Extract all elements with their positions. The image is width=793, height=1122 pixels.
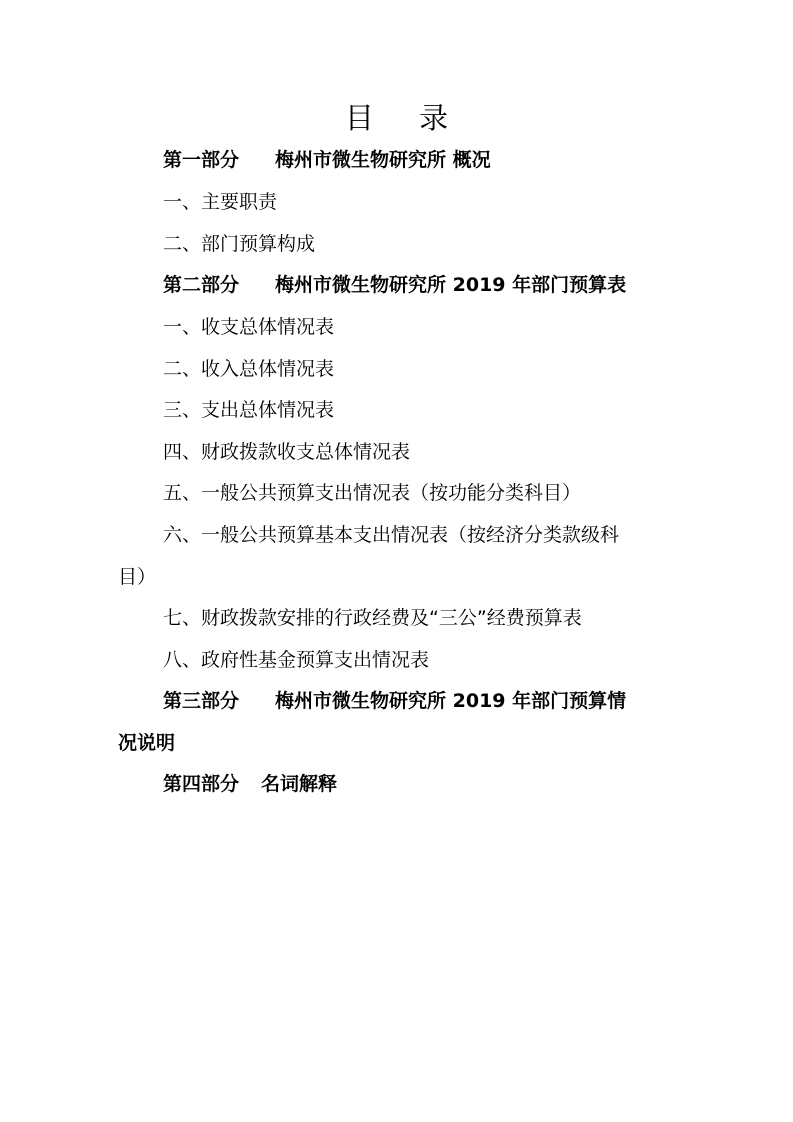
toc-item[interactable]: 七、财政拨款安排的行政经费及“三公”经费预算表 xyxy=(163,606,582,630)
toc-part-2[interactable]: 第二部分梅州市微生物研究所 2019 年部门预算表 xyxy=(163,273,626,297)
toc-item[interactable]: 二、收入总体情况表 xyxy=(163,357,334,381)
toc-item[interactable]: 三、支出总体情况表 xyxy=(163,398,334,422)
toc-page: 目 录 第一部分梅州市微生物研究所 概况 一、主要职责 二、部门预算构成 第二部… xyxy=(0,0,793,1122)
toc-item-continued[interactable]: 目） xyxy=(118,565,156,589)
toc-item[interactable]: 四、财政拨款收支总体情况表 xyxy=(163,440,410,464)
toc-item[interactable]: 二、部门预算构成 xyxy=(163,232,315,256)
part-label: 第一部分 xyxy=(163,149,239,171)
toc-part-1[interactable]: 第一部分梅州市微生物研究所 概况 xyxy=(163,148,491,172)
toc-part-4[interactable]: 第四部分名词解释 xyxy=(163,772,337,796)
toc-part-3[interactable]: 第三部分梅州市微生物研究所 2019 年部门预算情 xyxy=(163,689,626,713)
part-heading: 梅州市微生物研究所 2019 年部门预算表 xyxy=(275,274,626,296)
toc-title: 目 录 xyxy=(0,100,793,136)
part-label: 第四部分 xyxy=(163,773,239,795)
toc-item[interactable]: 六、一般公共预算基本支出情况表（按经济分类款级科 xyxy=(163,523,619,547)
toc-item[interactable]: 八、政府性基金预算支出情况表 xyxy=(163,648,429,672)
part-heading: 梅州市微生物研究所 2019 年部门预算情 xyxy=(275,690,626,712)
part-heading: 名词解释 xyxy=(261,773,337,795)
part-label: 第三部分 xyxy=(163,690,239,712)
toc-part-3-continued[interactable]: 况说明 xyxy=(118,731,175,755)
toc-item[interactable]: 一、收支总体情况表 xyxy=(163,315,334,339)
part-heading: 梅州市微生物研究所 概况 xyxy=(275,149,491,171)
toc-item[interactable]: 一、主要职责 xyxy=(163,190,277,214)
part-label: 第二部分 xyxy=(163,274,239,296)
toc-item[interactable]: 五、一般公共预算支出情况表（按功能分类科目） xyxy=(163,481,581,505)
